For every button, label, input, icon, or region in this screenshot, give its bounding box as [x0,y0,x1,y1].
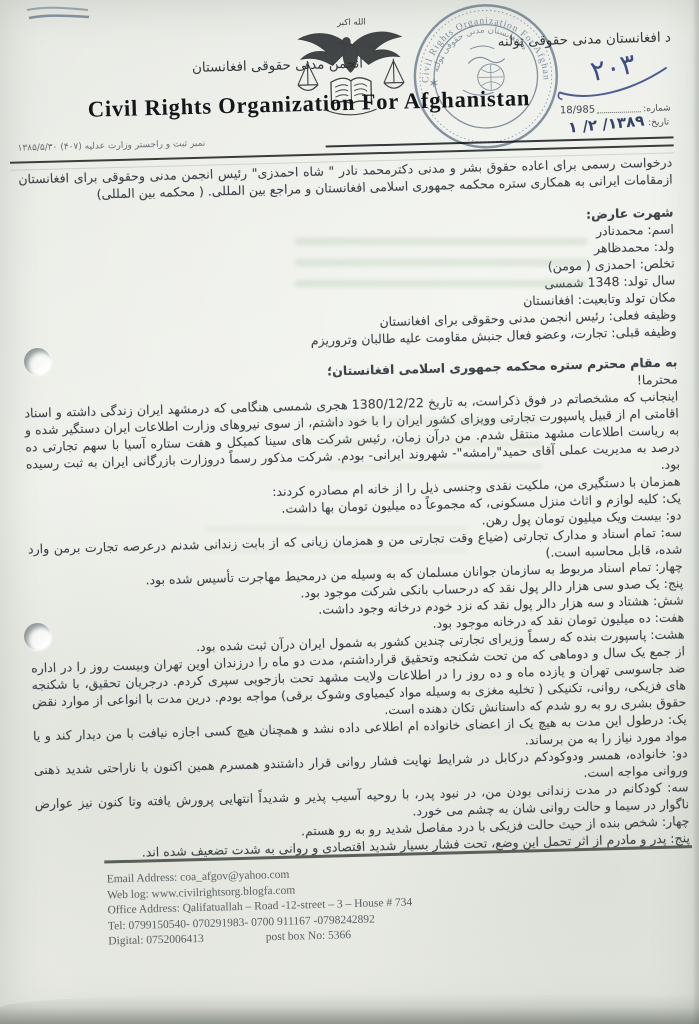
letter-body: درخواست رسمی برای اعاده حقوق بشر و مدنی … [18,153,690,863]
identity-section: شهرت عارض: اسم: محمدنادر ولد: محمدظاهر ت… [19,203,676,356]
handwritten-reference-number: ۲۰۳ [552,37,674,106]
date-label: تاریخ: [648,118,669,129]
stamp-star-icon: ✶ [428,77,439,92]
handwritten-ref-digits: ۲۰۳ [588,47,639,88]
registration-note: نمبر ثبت و راجستر وزارت عدلیه (۴۰۷) ۱۳۸۵… [17,139,205,154]
scan-edge-shadow [692,0,699,1024]
scan-content: الله اکبر انجمن مدنی حقوقی افغانستان [6,0,696,1018]
official-round-stamp: Civil Rights Organization For Afghanista… [408,0,564,158]
scanned-document-page: الله اکبر انجمن مدنی حقوقی افغانستان [0,0,699,1024]
contact-footer: Email Address: coa_afgov@yahoo.com Web l… [90,845,692,950]
hole-punch [24,623,51,650]
postbox-line: post box No: 5366 [266,928,352,946]
digital-line: Digital: 0752006413 [108,932,204,950]
letterhead: الله اکبر انجمن مدنی حقوقی افغانستان [6,0,674,169]
handwritten-date: ۱۳۸۹/ ۲/ ۱ [567,112,645,137]
document-date: تاریخ: ۱۳۸۹/ ۲/ ۱ [568,114,670,135]
scan-bottom-shadow [0,994,699,1024]
hole-punch [24,348,51,375]
